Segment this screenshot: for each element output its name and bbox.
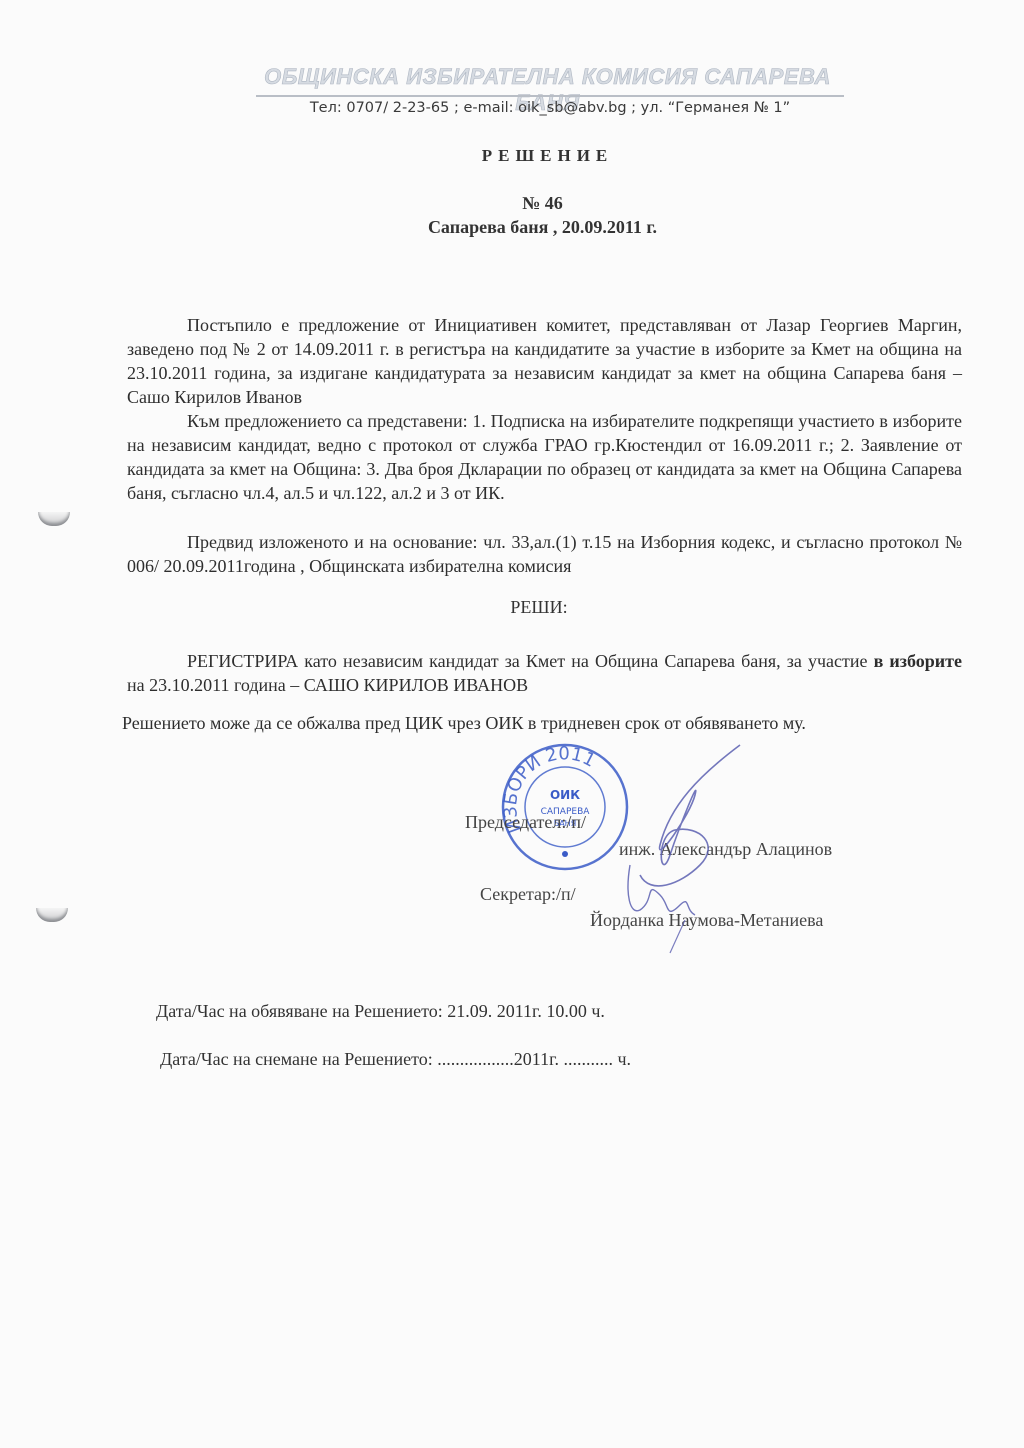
paragraph-attachments: Към предложението са представени: 1. Под… [127, 409, 962, 505]
document-number: № 46 [0, 193, 1024, 214]
punch-hole-icon [36, 908, 68, 922]
chair-label: Председател:/п/ [465, 812, 586, 833]
punch-hole-icon [38, 512, 70, 526]
paragraph-proposal-text: Постъпило е предложение от Инициативен к… [127, 315, 962, 407]
removal-datetime: Дата/Час на снемане на Решението: ......… [160, 1049, 631, 1070]
paragraph-proposal: Постъпило е предложение от Инициативен к… [127, 313, 962, 409]
letterhead-contact: Тел: 0707/ 2-23-65 ; e-mail: oik_sb@abv.… [240, 100, 860, 116]
paragraph-grounds: Предвид изложеното и на основание: чл. 3… [127, 530, 962, 578]
document-place-date: Сапарева баня , 20.09.2011 г. [0, 217, 1024, 238]
paragraph-attachments-text: Към предложението са представени: 1. Под… [127, 411, 962, 503]
announcement-datetime: Дата/Час на обявяване на Решението: 21.0… [156, 1001, 605, 1022]
paragraph-grounds-text: Предвид изложеното и на основание: чл. 3… [127, 532, 962, 576]
decision-heading: РЕШИ: [0, 597, 1024, 618]
appeal-notice: Решението може да се обжалва пред ЦИК чр… [122, 711, 957, 735]
document-title: РЕШЕНИЕ [0, 146, 1024, 166]
decision-text-bold: в изборите [874, 651, 962, 671]
decision-text: РЕГИСТРИРА като независим кандидат за Км… [127, 649, 962, 697]
letterhead-divider [256, 95, 844, 97]
signature-icon [600, 735, 760, 955]
decision-text-part-1: РЕГИСТРИРА като независим кандидат за Км… [187, 651, 867, 671]
secretary-label: Секретар:/п/ [480, 884, 576, 905]
decision-text-part-2: на 23.10.2011 година – САШО КИРИЛОВ ИВАН… [127, 675, 528, 695]
stamp-line-1: ОИК [550, 788, 580, 802]
